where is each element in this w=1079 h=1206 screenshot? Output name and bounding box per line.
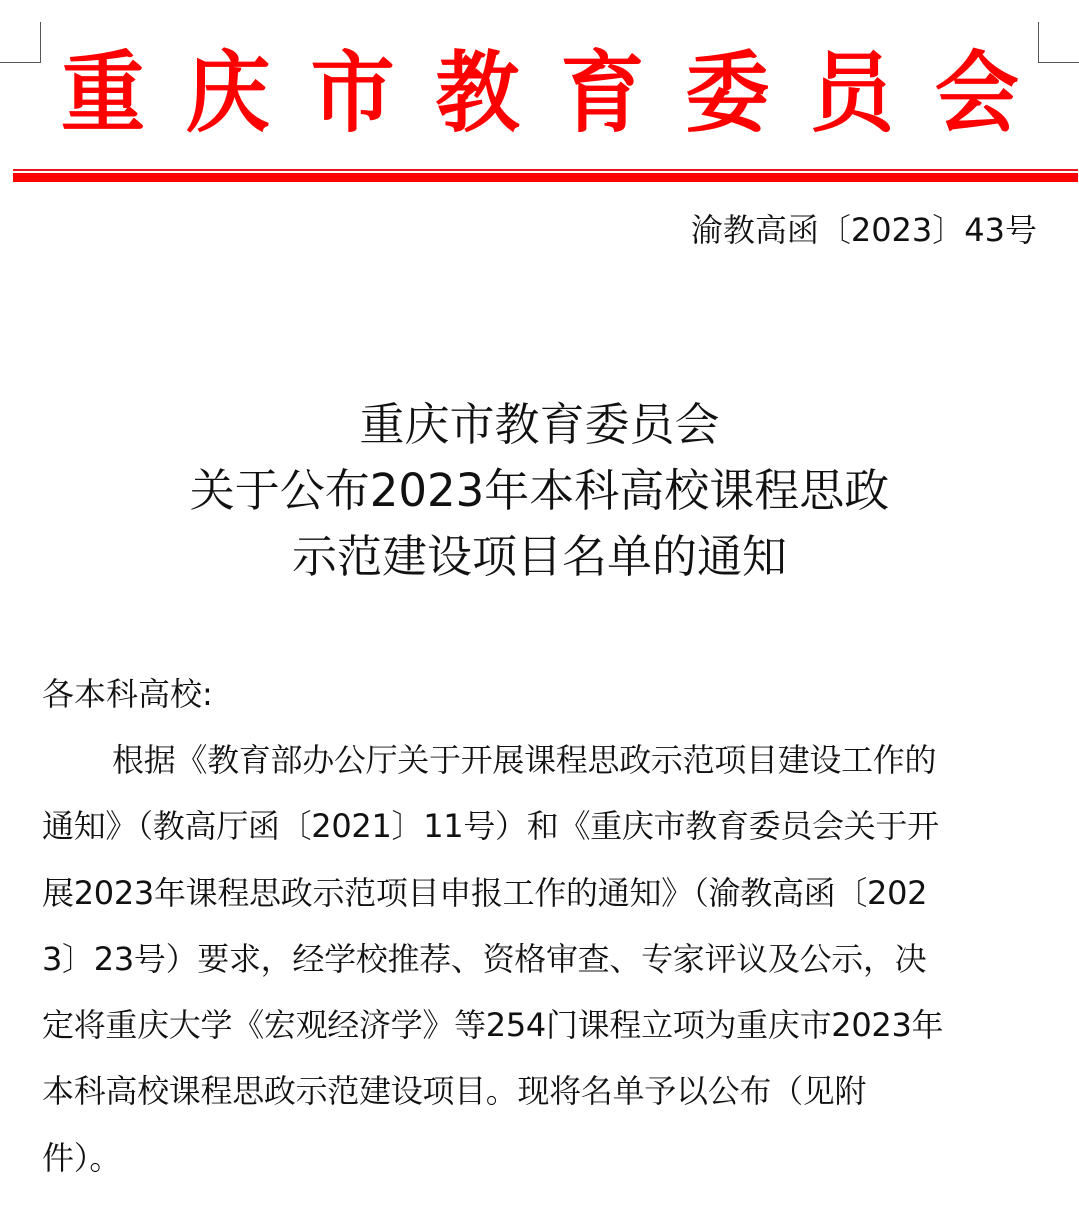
- masthead-title: 重 庆 市 教 育 委 员 会: [60, 38, 1020, 148]
- document-title: 重庆市教育委员会 关于公布2023年本科高校课程思政 示范建设项目名单的通知: [0, 392, 1079, 590]
- body-line: 定将重庆大学《宏观经济学》等254门课程立项为重庆市2023年: [42, 1001, 943, 1067]
- document-number: 渝教高函〔2023〕43号: [691, 210, 1037, 250]
- salutation: 各本科高校:: [42, 670, 213, 718]
- masthead-char: 会: [934, 49, 1020, 137]
- body-line: 根据《教育部办公厅关于开展课程思政示范项目建设工作的: [42, 736, 943, 802]
- masthead-rule-thin: [13, 169, 1078, 171]
- masthead-char: 委: [684, 49, 770, 137]
- crop-mark-top-left: [0, 22, 41, 63]
- title-line: 示范建设项目名单的通知: [0, 524, 1079, 590]
- body-line: 本科高校课程思政示范建设项目。现将名单予以公布（见附: [42, 1067, 943, 1133]
- masthead-char: 市: [310, 49, 396, 137]
- title-line: 关于公布2023年本科高校课程思政: [0, 458, 1079, 524]
- masthead-char: 育: [559, 49, 645, 137]
- masthead-char: 重: [60, 49, 146, 137]
- body-line: 通知》（教高厅函〔2021〕11号）和《重庆市教育委员会关于开: [42, 802, 943, 868]
- body-paragraph: 根据《教育部办公厅关于开展课程思政示范项目建设工作的 通知》（教高厅函〔2021…: [42, 736, 943, 1200]
- masthead-char: 庆: [185, 49, 271, 137]
- masthead-rule-thick: [13, 173, 1078, 182]
- body-line: 3〕23号）要求，经学校推荐、资格审查、专家评议及公示，决: [42, 935, 943, 1001]
- crop-mark-top-right: [1038, 22, 1079, 63]
- masthead-char: 员: [809, 49, 895, 137]
- title-line: 重庆市教育委员会: [0, 392, 1079, 458]
- masthead-char: 教: [435, 49, 521, 137]
- body-line: 展2023年课程思政示范项目申报工作的通知》（渝教高函〔202: [42, 869, 943, 935]
- body-line: 件）。: [42, 1134, 943, 1200]
